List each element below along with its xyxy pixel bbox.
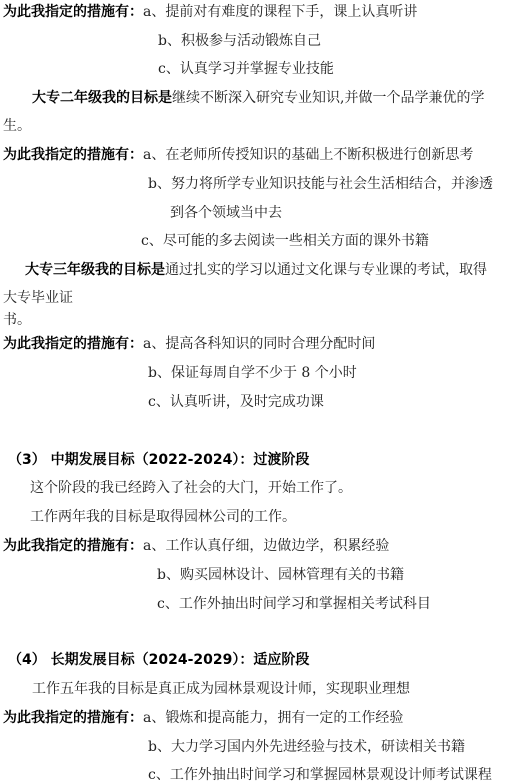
goal-text-cont: 书。 xyxy=(3,311,31,329)
measure-item: c、认真学习并掌握专业技能 xyxy=(158,60,334,78)
measure-item: b、大力学习国内外先进经验与技术，研读相关书籍 xyxy=(148,738,465,756)
section-heading-long-term: （4） 长期发展目标（2024-2029）：适应阶段 xyxy=(8,651,309,669)
goal-label: 大专三年级我的目标是 xyxy=(25,262,165,278)
measures-label: 为此我指定的措施有： xyxy=(3,336,143,352)
paragraph: 这个阶段的我已经跨入了社会的大门，开始工作了。 xyxy=(30,479,352,497)
measures-label: 为此我指定的措施有： xyxy=(3,710,143,726)
goal-text: 通过扎实的学习以通过文化课与专业课的考试，取得 xyxy=(165,262,487,278)
measure-item: a、工作认真仔细，边做边学，积累经验 xyxy=(143,538,389,554)
measures-line-mid-a: 为此我指定的措施有：a、工作认真仔细，边做边学，积累经验 xyxy=(3,537,389,555)
section-heading-mid-term: （3） 中期发展目标（2022-2024）：过渡阶段 xyxy=(8,451,309,469)
measure-item: c、认真听讲，及时完成功课 xyxy=(148,393,324,411)
paragraph: 工作五年我的目标是真正成为园林景观设计师，实现职业理想 xyxy=(32,680,410,698)
measure-item: a、锻炼和提高能力，拥有一定的工作经验 xyxy=(143,710,403,726)
measure-item: c、工作外抽出时间学习和掌握园林景观设计师考试课程 xyxy=(148,766,492,783)
goal-text: 继续不断深入研究专业知识,并做一个品学兼优的学 xyxy=(172,90,484,106)
measures-line-y3-a: 为此我指定的措施有：a、提高各科知识的同时合理分配时间 xyxy=(3,335,375,353)
goal-label: 大专二年级我的目标是 xyxy=(32,90,172,106)
measure-item-cont: 到各个领域当中去 xyxy=(170,204,282,222)
measure-item: b、保证每周自学不少于 8 个小时 xyxy=(148,364,357,382)
measure-item: a、提高各科知识的同时合理分配时间 xyxy=(143,336,375,352)
measure-item: b、努力将所学专业知识技能与社会生活相结合，并渗透 xyxy=(148,175,493,193)
measure-item: a、在老师所传授知识的基础上不断积极进行创新思考 xyxy=(143,147,473,163)
measure-item: b、购买园林设计、园林管理有关的书籍 xyxy=(157,566,404,584)
measures-label: 为此我指定的措施有： xyxy=(3,147,143,163)
measure-item: c、工作外抽出时间学习和掌握相关考试科目 xyxy=(157,595,431,613)
paragraph: 工作两年我的目标是取得园林公司的工作。 xyxy=(30,508,296,526)
measures-line-long-a: 为此我指定的措施有：a、锻炼和提高能力，拥有一定的工作经验 xyxy=(3,709,403,727)
measure-item: c、尽可能的多去阅读一些相关方面的课外书籍 xyxy=(141,232,429,250)
measure-item: b、积极参与活动锻炼自己 xyxy=(158,32,321,50)
measures-line-y2-a: 为此我指定的措施有：a、在老师所传授知识的基础上不断积极进行创新思考 xyxy=(3,146,473,164)
year3-goal: 大专三年级我的目标是通过扎实的学习以通过文化课与专业课的考试，取得 xyxy=(25,261,487,279)
year2-goal: 大专二年级我的目标是继续不断深入研究专业知识,并做一个品学兼优的学 xyxy=(32,89,484,107)
goal-text-cont: 生。 xyxy=(3,117,31,135)
measures-label: 为此我指定的措施有： xyxy=(3,538,143,554)
measure-item: a、提前对有难度的课程下手，课上认真听讲 xyxy=(143,4,417,20)
measures-line-y1-a: 为此我指定的措施有：a、提前对有难度的课程下手，课上认真听讲 xyxy=(3,3,417,21)
goal-text-cont: 大专毕业证 xyxy=(3,289,73,307)
measures-label: 为此我指定的措施有： xyxy=(3,4,143,20)
